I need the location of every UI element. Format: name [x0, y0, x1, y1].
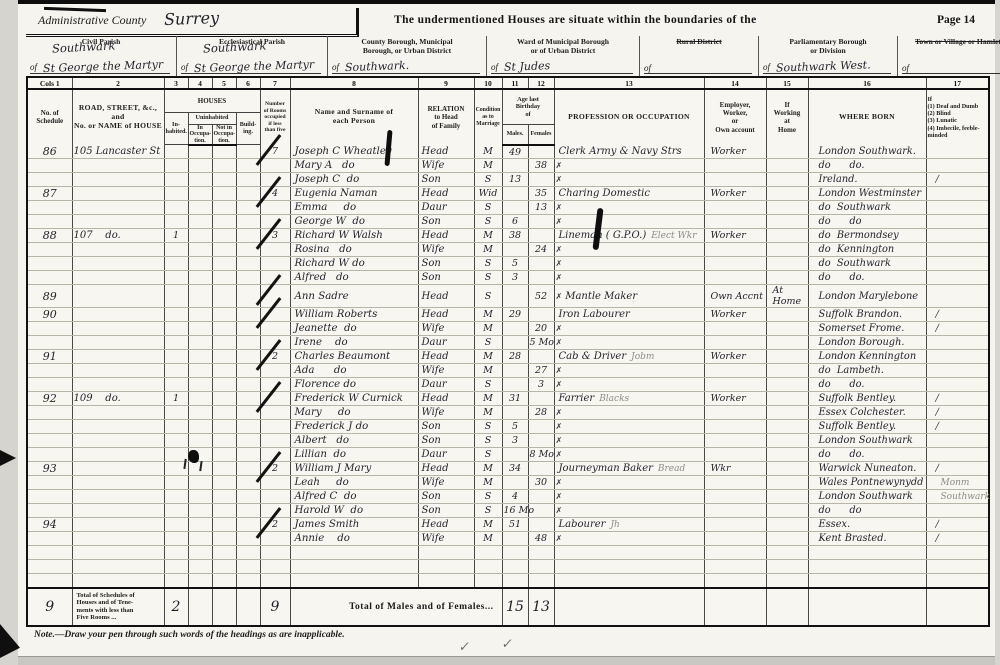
- occupation: Clerk Army & Navy Strs: [554, 145, 704, 159]
- infirmity: [926, 285, 989, 308]
- building-mark: [236, 187, 260, 201]
- uninhabited-not-occ: [212, 364, 236, 378]
- marital-condition: M: [474, 229, 502, 243]
- total-rooms: 9: [260, 588, 290, 626]
- relation: Wife: [418, 322, 474, 336]
- rooms-count: [260, 420, 290, 434]
- uninhabited-not-occ: [212, 392, 236, 406]
- occupation: ✗: [554, 448, 704, 462]
- rooms-count: [260, 490, 290, 504]
- where-born: Wales Pontnewynydd: [808, 476, 926, 490]
- schedule-number: [27, 476, 72, 490]
- table-header: Cols 1 2 3 4 5 6 7 8 9 10 11 12 13 14 15…: [27, 77, 989, 145]
- census-row: Joseph C do Son S 13 ✗ Ireland. ∕: [27, 173, 989, 187]
- where-born: Kent Brasted.: [808, 532, 926, 546]
- relation: Son: [418, 490, 474, 504]
- uninhabited-in-occ: [188, 350, 212, 364]
- relation: Son: [418, 215, 474, 229]
- schedule-number: 91: [27, 350, 72, 364]
- person-name: Mary A do: [290, 159, 418, 173]
- census-row: Albert do Son S 3 ✗ London Southwark: [27, 434, 989, 448]
- marital-condition: M: [474, 406, 502, 420]
- inhabited-mark: 1: [164, 229, 188, 243]
- tally-mark: ✗: [556, 450, 563, 459]
- rural-district-label: Rural District: [640, 36, 758, 46]
- tally-mark: ✗: [556, 380, 563, 389]
- building-mark: [236, 308, 260, 322]
- infirmity: ∕: [926, 173, 989, 187]
- address: [72, 378, 164, 392]
- person-name: Ada do: [290, 364, 418, 378]
- hdr-road: ROAD, STREET, &c., and No. or NAME of HO…: [72, 89, 164, 145]
- rooms-count: [260, 476, 290, 490]
- working-at-home: [766, 420, 808, 434]
- hdr-home: If Working at Home: [766, 89, 808, 145]
- schedule-number: [27, 271, 72, 285]
- occupation: ✗: [554, 364, 704, 378]
- occupation: ✗: [554, 532, 704, 546]
- hdr-houses-group: HOUSES: [164, 89, 260, 113]
- inhabited-mark: [164, 159, 188, 173]
- marital-condition: M: [474, 392, 502, 406]
- uninhabited-in-occ: [188, 364, 212, 378]
- age-female: 13: [528, 201, 554, 215]
- hdr-infirmity: If (1) Deaf and Dumb (2) Blind (3) Lunat…: [926, 89, 989, 145]
- rooms-count: 4: [260, 187, 290, 201]
- relation: Head: [418, 462, 474, 476]
- uninhabited-not-occ: [212, 490, 236, 504]
- schedule-number: 88: [27, 229, 72, 243]
- rooms-count: [260, 392, 290, 406]
- marital-condition: S: [474, 420, 502, 434]
- inhabited-mark: [164, 490, 188, 504]
- inhabited-mark: [164, 145, 188, 159]
- age-female: [528, 574, 554, 588]
- hdr-condition: Condition as to Marriage: [474, 89, 502, 145]
- rooms-count: [260, 434, 290, 448]
- schedule-number: [27, 504, 72, 518]
- where-born: do Southwark: [808, 201, 926, 215]
- relation: Head: [418, 229, 474, 243]
- relation: Wife: [418, 364, 474, 378]
- employer-status: [704, 518, 766, 532]
- address: [72, 308, 164, 322]
- age-male: [502, 336, 528, 350]
- tally-mark: ✗: [556, 366, 563, 375]
- age-male: 34: [502, 462, 528, 476]
- employer-status: [704, 504, 766, 518]
- marital-condition: S: [474, 378, 502, 392]
- uninhabited-in-occ: [188, 201, 212, 215]
- occupation: ✗: [554, 378, 704, 392]
- infirmity: [926, 271, 989, 285]
- uninhabited-in-occ: [188, 145, 212, 159]
- civil-parish-value1: Southwark: [52, 38, 116, 55]
- rooms-count: [260, 574, 290, 588]
- pencil-annotation: Elect Wkr: [651, 231, 696, 241]
- working-at-home: [766, 462, 808, 476]
- uninhabited-in-occ: [188, 392, 212, 406]
- schedule-number: [27, 560, 72, 574]
- age-female: [528, 308, 554, 322]
- employer-status: [704, 420, 766, 434]
- where-born: London Southwark: [808, 434, 926, 448]
- employer-status: Worker: [704, 392, 766, 406]
- employer-status: [704, 322, 766, 336]
- age-female: 27: [528, 364, 554, 378]
- relation: Son: [418, 504, 474, 518]
- working-at-home: [766, 243, 808, 257]
- infirmity: Southwark: [926, 490, 989, 504]
- pencil-annotation: Jobm: [631, 352, 654, 362]
- employer-status: [704, 378, 766, 392]
- uninhabited-in-occ: [188, 271, 212, 285]
- working-at-home: [766, 490, 808, 504]
- relation: [418, 560, 474, 574]
- uninhabited-not-occ: [212, 229, 236, 243]
- infirmity: [926, 378, 989, 392]
- rooms-count: [260, 546, 290, 560]
- tally-mark: ✗: [556, 324, 563, 333]
- working-at-home: [766, 532, 808, 546]
- marital-condition: M: [474, 159, 502, 173]
- where-born: do do.: [808, 378, 926, 392]
- building-mark: [236, 434, 260, 448]
- marital-condition: M: [474, 364, 502, 378]
- building-mark: [236, 215, 260, 229]
- address: [72, 201, 164, 215]
- occupation: ✗: [554, 336, 704, 350]
- rooms-count: [260, 532, 290, 546]
- uninhabited-not-occ: [212, 322, 236, 336]
- census-row: Jeanette do Wife M 20 ✗ Somerset Frome. …: [27, 322, 989, 336]
- pencil-annotation: Southwark: [941, 492, 991, 502]
- tally-mark: ✗: [556, 492, 563, 501]
- schedule-number: [27, 434, 72, 448]
- hdr-inhabited: In- habited.: [164, 113, 188, 145]
- schedule-number: 94: [27, 518, 72, 532]
- employer-status: [704, 364, 766, 378]
- working-at-home: [766, 145, 808, 159]
- uninhabited-in-occ: [188, 336, 212, 350]
- where-born: London Westminster: [808, 187, 926, 201]
- infirmity: ∕: [926, 462, 989, 476]
- employer-status: Wkr: [704, 462, 766, 476]
- relation: Wife: [418, 532, 474, 546]
- address: [72, 574, 164, 588]
- inhabited-mark: [164, 173, 188, 187]
- age-male: [502, 476, 528, 490]
- census-row: Harold W do Son S 16 Mo ✗ do do: [27, 504, 989, 518]
- inhabited-mark: [164, 434, 188, 448]
- rooms-count: [260, 243, 290, 257]
- age-female: [528, 257, 554, 271]
- employer-status: [704, 159, 766, 173]
- uninhabited-not-occ: [212, 336, 236, 350]
- hdr-age-group: Age last Birthday of: [502, 89, 554, 125]
- tally-mark: ✗: [556, 203, 563, 212]
- rooms-count: [260, 257, 290, 271]
- uninhabited-not-occ: [212, 574, 236, 588]
- census-row: Frederick J do Son S 5 ✗ Suffolk Bentley…: [27, 420, 989, 434]
- admin-county-value: Surrey: [164, 8, 220, 29]
- schedule-number: 90: [27, 308, 72, 322]
- hdr-name: Name and Surname of each Person: [290, 89, 418, 145]
- census-row: 88 107 do. 1 3 Richard W Walsh Head M 38…: [27, 229, 989, 243]
- rooms-count: 2: [260, 462, 290, 476]
- census-row: Florence do Daur S 3 ✗ do do.: [27, 378, 989, 392]
- where-born: do do.: [808, 271, 926, 285]
- inhabited-mark: [164, 546, 188, 560]
- marital-condition: [474, 560, 502, 574]
- address: [72, 420, 164, 434]
- where-born: London Marylebone: [808, 285, 926, 308]
- rooms-count: 3: [260, 229, 290, 243]
- census-row: Emma do Daur S 13 ✗ do Southwark: [27, 201, 989, 215]
- working-at-home: [766, 257, 808, 271]
- occupation: ✗: [554, 271, 704, 285]
- inhabited-mark: [164, 364, 188, 378]
- address: [72, 448, 164, 462]
- tally-mark: ✗: [556, 338, 563, 347]
- relation: Daur: [418, 336, 474, 350]
- marital-condition: M: [474, 243, 502, 257]
- address: [72, 173, 164, 187]
- parliamentary-borough-box: Parliamentary Borough or Division ofSout…: [758, 36, 897, 76]
- age-male: 5: [502, 257, 528, 271]
- working-at-home: [766, 476, 808, 490]
- uninhabited-in-occ: [188, 173, 212, 187]
- inhabited-mark: [164, 271, 188, 285]
- hdr-males: Males.: [502, 125, 528, 145]
- schedule-number: [27, 378, 72, 392]
- where-born: [808, 574, 926, 588]
- rooms-count: [260, 201, 290, 215]
- building-mark: [236, 462, 260, 476]
- relation: Wife: [418, 476, 474, 490]
- where-born: London Southwark.: [808, 145, 926, 159]
- building-mark: [236, 574, 260, 588]
- age-female: [528, 546, 554, 560]
- relation: [418, 546, 474, 560]
- census-row: 90 William Roberts Head M 29 Iron Labour…: [27, 308, 989, 322]
- person-name: Mary do: [290, 406, 418, 420]
- working-at-home: [766, 574, 808, 588]
- marital-condition: M: [474, 145, 502, 159]
- schedule-number: [27, 406, 72, 420]
- occupation: LabourerJh: [554, 518, 704, 532]
- relation: [418, 574, 474, 588]
- address: 105 Lancaster St: [72, 145, 164, 159]
- hdr-not-occupation: Not in Occupa- tion.: [212, 125, 236, 145]
- rooms-count: 2: [260, 350, 290, 364]
- table-body: 86 105 Lancaster St 7 Joseph C Wheatley …: [27, 145, 989, 588]
- age-male: 31: [502, 392, 528, 406]
- age-male: [502, 560, 528, 574]
- census-row: Annie do Wife M 48 ✗ Kent Brasted. ∕: [27, 532, 989, 546]
- infirmity: [926, 350, 989, 364]
- tally-mark: ✗: [556, 506, 563, 515]
- age-female: 35: [528, 187, 554, 201]
- tally-mark: ✗: [556, 259, 563, 268]
- relation: Head: [418, 145, 474, 159]
- address: [72, 215, 164, 229]
- uninhabited-in-occ: [188, 532, 212, 546]
- age-female: [528, 560, 554, 574]
- census-row: Mary do Wife M 28 ✗ Essex Colchester. ∕: [27, 406, 989, 420]
- hdr-uninhabited-group: Uninhabited: [188, 113, 236, 125]
- schedule-number: [27, 336, 72, 350]
- occupation: ✗: [554, 490, 704, 504]
- person-name: Joseph C Wheatley: [290, 145, 418, 159]
- where-born: [808, 560, 926, 574]
- uninhabited-not-occ: [212, 448, 236, 462]
- relation: Head: [418, 518, 474, 532]
- address: [72, 285, 164, 308]
- infirmity: ∕: [926, 392, 989, 406]
- uninhabited-in-occ: [188, 187, 212, 201]
- schedule-number: [27, 215, 72, 229]
- building-mark: [236, 504, 260, 518]
- uninhabited-not-occ: [212, 243, 236, 257]
- tally-mark: ✗: [556, 422, 563, 431]
- address: [72, 504, 164, 518]
- employer-status: Worker: [704, 350, 766, 364]
- uninhabited-in-occ: [188, 159, 212, 173]
- census-row: Leah do Wife M 30 ✗ Wales Pontnewynydd M…: [27, 476, 989, 490]
- person-name: [290, 560, 418, 574]
- person-name: Irene do: [290, 336, 418, 350]
- uninhabited-in-occ: [188, 257, 212, 271]
- uninhabited-in-occ: [188, 215, 212, 229]
- totals-row: 9 Total of Schedules of Houses and of Te…: [27, 588, 989, 626]
- schedule-number: 93: [27, 462, 72, 476]
- rooms-count: 7: [260, 145, 290, 159]
- census-row: Rosina do Wife M 24 ✗ do Kennington: [27, 243, 989, 257]
- schedule-number: 89: [27, 285, 72, 308]
- inhabited-mark: [164, 308, 188, 322]
- employer-status: [704, 532, 766, 546]
- uninhabited-in-occ: [188, 518, 212, 532]
- uninhabited-in-occ: [188, 308, 212, 322]
- inhabited-mark: [164, 257, 188, 271]
- employer-status: Own Accnt: [704, 285, 766, 308]
- occupation: ✗: [554, 159, 704, 173]
- person-name: Alfred do: [290, 271, 418, 285]
- age-female: [528, 173, 554, 187]
- address: [72, 243, 164, 257]
- building-mark: [236, 546, 260, 560]
- infirmity: [926, 257, 989, 271]
- person-name: Richard W Walsh: [290, 229, 418, 243]
- ecclesiastical-parish-box: Ecclesiastical Parish Southwark ofSt Geo…: [176, 36, 327, 76]
- schedule-number: [27, 257, 72, 271]
- uninhabited-not-occ: [212, 434, 236, 448]
- tally-mark: ✗: [556, 217, 563, 226]
- address: 107 do.: [72, 229, 164, 243]
- age-female: 5 Mo: [528, 336, 554, 350]
- person-name: William J Mary: [290, 462, 418, 476]
- address: [72, 462, 164, 476]
- age-male: 38: [502, 229, 528, 243]
- relation: Son: [418, 434, 474, 448]
- uninhabited-not-occ: [212, 420, 236, 434]
- county-borough-value: Southwark.: [345, 59, 410, 74]
- age-male: [502, 406, 528, 420]
- relation: Head: [418, 308, 474, 322]
- tally-mark: ✗: [556, 273, 563, 282]
- address: [72, 159, 164, 173]
- building-mark: [236, 257, 260, 271]
- uninhabited-not-occ: [212, 532, 236, 546]
- uninhabited-in-occ: [188, 406, 212, 420]
- scan-bottom-band: [18, 656, 995, 665]
- where-born: London Kennington: [808, 350, 926, 364]
- hdr-schedule: No. of Schedule: [27, 89, 72, 145]
- age-female: 28: [528, 406, 554, 420]
- relation: Son: [418, 271, 474, 285]
- census-sheet: Administrative County Surrey The underme…: [18, 0, 995, 656]
- address: [72, 476, 164, 490]
- census-row: Alfred C do Son S 4 ✗ London Southwark S…: [27, 490, 989, 504]
- infirmity: [926, 546, 989, 560]
- inhabited-mark: [164, 574, 188, 588]
- tally-mark: ✗: [556, 408, 563, 417]
- address: [72, 271, 164, 285]
- uninhabited-not-occ: [212, 406, 236, 420]
- marital-condition: M: [474, 518, 502, 532]
- uninhabited-in-occ: [188, 434, 212, 448]
- age-male: [502, 322, 528, 336]
- pencil-annotation: Bread: [658, 464, 685, 474]
- infirmity: [926, 159, 989, 173]
- rooms-count: [260, 159, 290, 173]
- occupation: ✗: [554, 243, 704, 257]
- occupation: Cab & DriverJobm: [554, 350, 704, 364]
- where-born: Warwick Nuneaton.: [808, 462, 926, 476]
- employer-status: [704, 201, 766, 215]
- person-name: William Roberts: [290, 308, 418, 322]
- where-born: do do.: [808, 448, 926, 462]
- relation: Head: [418, 187, 474, 201]
- age-male: [502, 532, 528, 546]
- uninhabited-in-occ: [188, 546, 212, 560]
- working-at-home: [766, 364, 808, 378]
- uninhabited-not-occ: [212, 173, 236, 187]
- census-row: 86 105 Lancaster St 7 Joseph C Wheatley …: [27, 145, 989, 159]
- census-row: 94 2 James Smith Head M 51 LabourerJh Es…: [27, 518, 989, 532]
- building-mark: [236, 145, 260, 159]
- working-at-home: [766, 187, 808, 201]
- total-uninhabited: 2: [164, 588, 188, 626]
- hdr-rooms: Number of Rooms occupied if less than fi…: [260, 89, 290, 145]
- inhabited-mark: [164, 560, 188, 574]
- person-name: George W do: [290, 215, 418, 229]
- rural-district-box: Rural District of: [639, 36, 758, 76]
- building-mark: [236, 350, 260, 364]
- census-table: Cols 1 2 3 4 5 6 7 8 9 10 11 12 13 14 15…: [26, 76, 990, 627]
- schedule-number: [27, 243, 72, 257]
- inhabited-mark: [164, 504, 188, 518]
- inhabited-mark: [164, 187, 188, 201]
- working-at-home: [766, 504, 808, 518]
- inhabited-mark: [164, 215, 188, 229]
- county-borough-label: County Borough, Municipal Borough, or Ur…: [328, 36, 486, 55]
- occupation: ✗Mantle Maker: [554, 285, 704, 308]
- where-born: do do: [808, 504, 926, 518]
- address: [72, 336, 164, 350]
- where-born: London Southwark: [808, 490, 926, 504]
